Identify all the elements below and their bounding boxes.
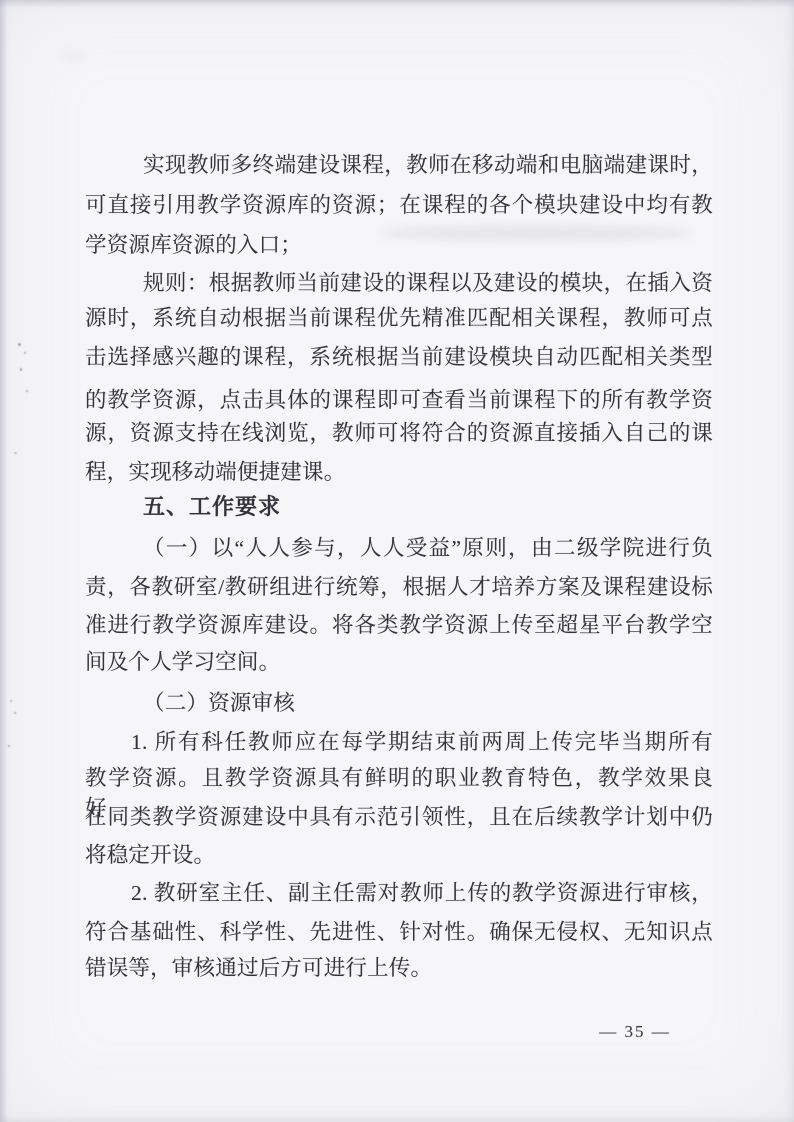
doc-line: 源时，系统自动根据当前课程优先精准匹配相关课程，教师可点 <box>85 303 713 333</box>
doc-line: （一）以“人人参与，人人受益”原则，由二级学院进行负 <box>85 533 713 563</box>
section-heading: 五、工作要求 <box>85 492 713 522</box>
doc-line: 的教学资源，点击具体的课程即可查看当前课程下的所有教学资 <box>85 385 713 415</box>
doc-line: 击选择感兴趣的课程，系统根据当前建设模块自动匹配相关类型 <box>85 342 713 372</box>
doc-line: 责，各教研室/教研组进行统筹，根据人才培养方案及课程建设标 <box>85 572 713 602</box>
doc-line: 可直接引用教学资源库的资源；在课程的各个模块建设中均有教 <box>85 190 713 220</box>
doc-line: 错误等，审核通过后方可进行上传。 <box>85 953 713 983</box>
doc-line: 符合基础性、科学性、先进性、针对性。确保无侵权、无知识点 <box>85 917 713 947</box>
doc-line: 程，实现移动端便捷建课。 <box>85 457 713 487</box>
doc-line: 实现教师多终端建设课程，教师在移动端和电脑端建课时， <box>85 150 713 180</box>
doc-line: 源，资源支持在线浏览，教师可将符合的资源直接插入自己的课 <box>85 418 713 448</box>
doc-line: 准进行教学资源库建设。将各类教学资源上传至超星平台教学空 <box>85 610 713 640</box>
doc-line: 2. 教研室主任、副主任需对教师上传的教学资源进行审核， <box>85 878 713 908</box>
doc-line: 规则：根据教师当前建设的课程以及建设的模块，在插入资 <box>85 268 713 298</box>
doc-line: 间及个人学习空间。 <box>85 647 713 677</box>
page-number: — 35 — <box>560 1022 710 1042</box>
doc-line: 学资源库资源的入口； <box>85 230 713 260</box>
document-body: 实现教师多终端建设课程，教师在移动端和电脑端建课时， 可直接引用教学资源库的资源… <box>0 0 794 1122</box>
doc-line: 1. 所有科任教师应在每学期结束前两周上传完毕当期所有 <box>85 727 713 757</box>
subsection-heading: （二）资源审核 <box>85 688 713 718</box>
scanned-document-page: 实现教师多终端建设课程，教师在移动端和电脑端建课时， 可直接引用教学资源库的资源… <box>0 0 794 1122</box>
doc-line: 在同类教学资源建设中具有示范引领性，且在后续教学计划中仍 <box>85 802 713 832</box>
doc-line: 将稳定开设。 <box>85 840 713 870</box>
